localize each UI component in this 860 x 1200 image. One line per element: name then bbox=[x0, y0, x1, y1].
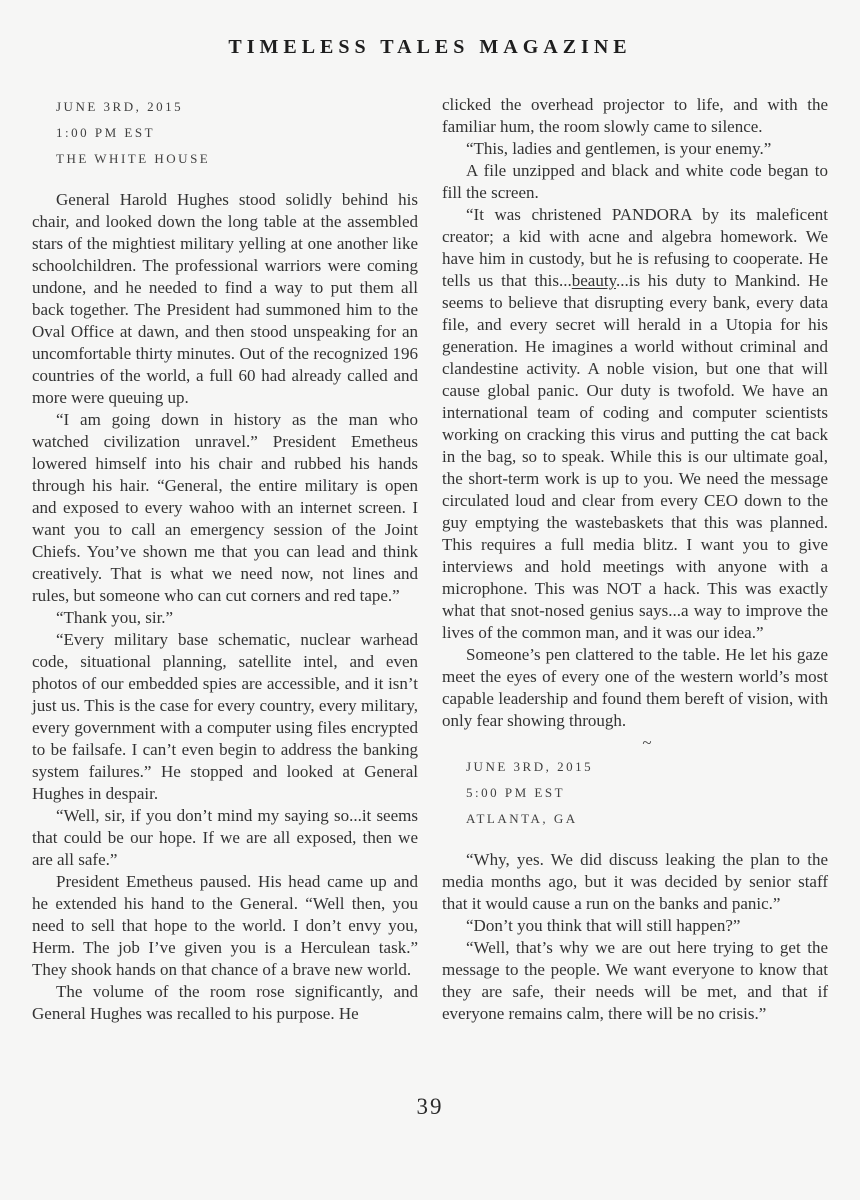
story-paragraph-continuation: clicked the overhead projector to life, … bbox=[442, 94, 828, 138]
story-paragraph: The volume of the room rose significantl… bbox=[32, 981, 418, 1025]
dateline-date: JUNE 3RD, 2015 bbox=[466, 754, 828, 780]
left-column: JUNE 3RD, 2015 1:00 PM EST THE WHITE HOU… bbox=[32, 94, 418, 1025]
page-body: JUNE 3RD, 2015 1:00 PM EST THE WHITE HOU… bbox=[32, 94, 828, 1025]
scene2-dateline: JUNE 3RD, 2015 5:00 PM EST ATLANTA, GA bbox=[442, 754, 828, 832]
story-paragraph: “This, ladies and gentlemen, is your ene… bbox=[442, 138, 828, 160]
story-paragraph: “I am going down in history as the man w… bbox=[32, 409, 418, 607]
magazine-page: TIMELESS TALES MAGAZINE JUNE 3RD, 2015 1… bbox=[0, 0, 860, 1200]
dateline-date: JUNE 3RD, 2015 bbox=[56, 94, 418, 120]
story-paragraph: “Why, yes. We did discuss leaking the pl… bbox=[442, 849, 828, 915]
page-number: 39 bbox=[0, 1094, 860, 1120]
story-paragraph: “Well, that’s why we are out here trying… bbox=[442, 937, 828, 1025]
story-paragraph: President Emetheus paused. His head came… bbox=[32, 871, 418, 981]
scene1-dateline: JUNE 3RD, 2015 1:00 PM EST THE WHITE HOU… bbox=[32, 94, 418, 172]
magazine-title: TIMELESS TALES MAGAZINE bbox=[0, 36, 860, 59]
dateline-location: THE WHITE HOUSE bbox=[56, 146, 418, 172]
story-paragraph: “Every military base schematic, nuclear … bbox=[32, 629, 418, 805]
story-paragraph: Someone’s pen clattered to the table. He… bbox=[442, 644, 828, 732]
dateline-time: 1:00 PM EST bbox=[56, 120, 418, 146]
dateline-time: 5:00 PM EST bbox=[466, 780, 828, 806]
story-paragraph: “Don’t you think that will still happen?… bbox=[442, 915, 828, 937]
story-paragraph-pandora: “It was christened PANDORA by its malefi… bbox=[442, 204, 828, 644]
pandora-text-post: ...is his duty to Mankind. He seems to b… bbox=[442, 271, 828, 642]
dateline-location: ATLANTA, GA bbox=[466, 806, 828, 832]
section-separator: ~ bbox=[442, 732, 828, 754]
underlined-word: beauty bbox=[572, 271, 616, 290]
story-paragraph: A file unzipped and black and white code… bbox=[442, 160, 828, 204]
story-paragraph: General Harold Hughes stood solidly behi… bbox=[32, 189, 418, 409]
story-paragraph: “Thank you, sir.” bbox=[32, 607, 418, 629]
story-paragraph: “Well, sir, if you don’t mind my saying … bbox=[32, 805, 418, 871]
right-column: clicked the overhead projector to life, … bbox=[442, 94, 828, 1025]
